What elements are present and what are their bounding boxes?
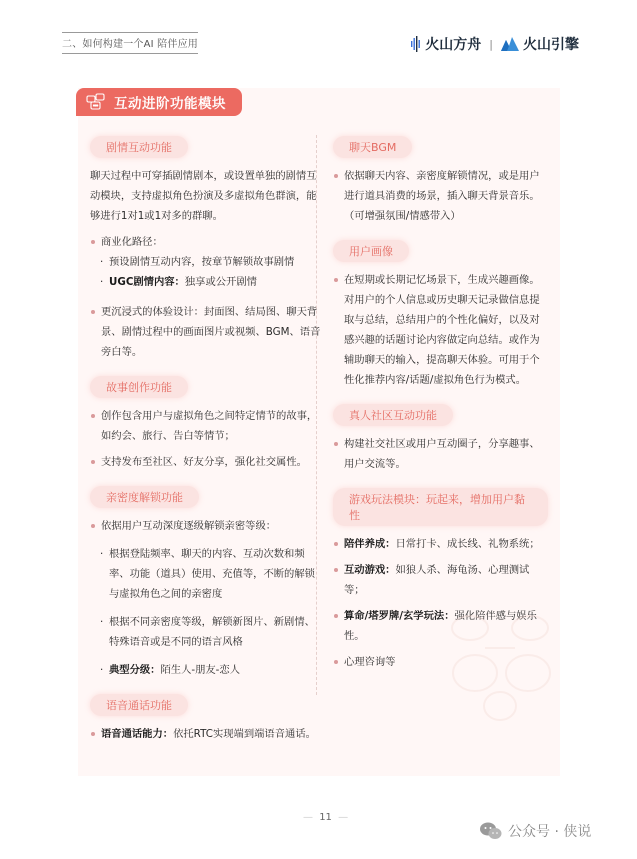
panel-title: 互动进阶功能模块 <box>114 92 226 112</box>
chat-bubbles-icon <box>86 93 106 111</box>
volcano-engine-logo-icon <box>501 37 519 51</box>
volcano-ark-logo-icon <box>411 36 421 52</box>
section-label: 用户画像 <box>333 240 409 262</box>
brand-ark-name: 火山方舟 <box>425 34 481 54</box>
bullet-item: 依据聊天内容、亲密度解锁情况，或是用户进行道具消费的场景，插入聊天背景音乐。（可… <box>333 166 548 226</box>
brand-engine-name: 火山引擎 <box>523 34 579 54</box>
section-label: 真人社区互动功能 <box>333 404 453 426</box>
section-voice-call: 语音通话功能 语音通话能力：依托RTC实现端到端语音通话。 <box>90 694 322 744</box>
right-column: 聊天BGM 依据聊天内容、亲密度解锁情况，或是用户进行道具消费的场景，插入聊天背… <box>333 136 548 686</box>
section-intimacy-unlock: 亲密度解锁功能 依据用户互动深度逐级解锁亲密等级： ·根据登陆频率、聊天的内容、… <box>90 486 322 680</box>
page-number: — 11 — <box>300 812 351 823</box>
sub-bullet-item: ·根据登陆频率、聊天的内容、互动次数和频率、功能（道具）使用、充值等，不断的解锁… <box>90 544 322 604</box>
sub-bullet-item: ·根据不同亲密度等级，解锁新图片、新剧情、特殊语音或是不同的语言风格 <box>90 612 322 652</box>
bullet-item: 陪伴养成：日常打卡、成长线、礼物系统； <box>333 534 548 554</box>
bullet-item: 语音通话能力：依托RTC实现端到端语音通话。 <box>90 724 322 744</box>
section-plot-interaction: 剧情互动功能 聊天过程中可穿插剧情剧本，或设置单独的剧情互动模块，支持虚拟角色扮… <box>90 136 322 362</box>
section-chat-bgm: 聊天BGM 依据聊天内容、亲密度解锁情况，或是用户进行道具消费的场景，插入聊天背… <box>333 136 548 226</box>
sub-bullet-item: ·预设剧情互动内容，按章节解锁故事剧情 <box>90 252 322 272</box>
left-column: 剧情互动功能 聊天过程中可穿插剧情剧本，或设置单独的剧情互动模块，支持虚拟角色扮… <box>90 136 322 758</box>
brand-separator: | <box>489 38 493 51</box>
section-user-profile: 用户画像 在短期或长期记忆场景下，生成兴趣画像。对用户的个人信息或历史聊天记录做… <box>333 240 548 390</box>
wechat-watermark: 公众号 · 侠说 <box>480 821 591 841</box>
section-label: 聊天BGM <box>333 136 412 158</box>
bullet-item: 在短期或长期记忆场景下，生成兴趣画像。对用户的个人信息或历史聊天记录做信息提取与… <box>333 270 548 390</box>
sub-bullet-item: ·UGC剧情内容：独享或公开剧情 <box>90 272 322 292</box>
sub-bullet-item: ·典型分级：陌生人-朋友-恋人 <box>90 660 322 680</box>
section-label: 故事创作功能 <box>90 376 188 398</box>
section-label: 亲密度解锁功能 <box>90 486 199 508</box>
bullet-item: 更沉浸式的体验设计：封面图、结局图、聊天背景、剧情过程中的画面图片或视频、BGM… <box>90 302 322 362</box>
bullet-item: 依据用户互动深度逐级解锁亲密等级： <box>90 516 322 536</box>
bullet-item: 商业化路径： <box>90 232 322 252</box>
section-title-tab: 互动进阶功能模块 <box>76 88 242 116</box>
section-community: 真人社区互动功能 构建社交社区或用户互动圈子，分享趣事、用户交流等。 <box>333 404 548 474</box>
bullet-item: 互动游戏：如狼人杀、海龟汤、心理测试等； <box>333 560 548 600</box>
wechat-icon <box>480 822 502 840</box>
bullet-item: 创作包含用户与虚拟角色之间特定情节的故事，如约会、旅行、告白等情节； <box>90 406 322 446</box>
bullet-item: 构建社交社区或用户互动圈子，分享趣事、用户交流等。 <box>333 434 548 474</box>
people-illustration-icon <box>440 608 560 728</box>
section-label: 剧情互动功能 <box>90 136 188 158</box>
chapter-title: 二、如何构建一个AI 陪伴应用 <box>62 32 198 54</box>
section-paragraph: 聊天过程中可穿插剧情剧本，或设置单独的剧情互动模块，支持虚拟角色扮演及多虚拟角色… <box>90 166 322 226</box>
brand-logos: 火山方舟 | 火山引擎 <box>411 34 579 54</box>
section-label: 游戏玩法模块：玩起来，增加用户黏性 <box>333 488 548 526</box>
section-story-creation: 故事创作功能 创作包含用户与虚拟角色之间特定情节的故事，如约会、旅行、告白等情节… <box>90 376 322 472</box>
bullet-item: 支持发布至社区、好友分享，强化社交属性。 <box>90 452 322 472</box>
section-label: 语音通话功能 <box>90 694 188 716</box>
